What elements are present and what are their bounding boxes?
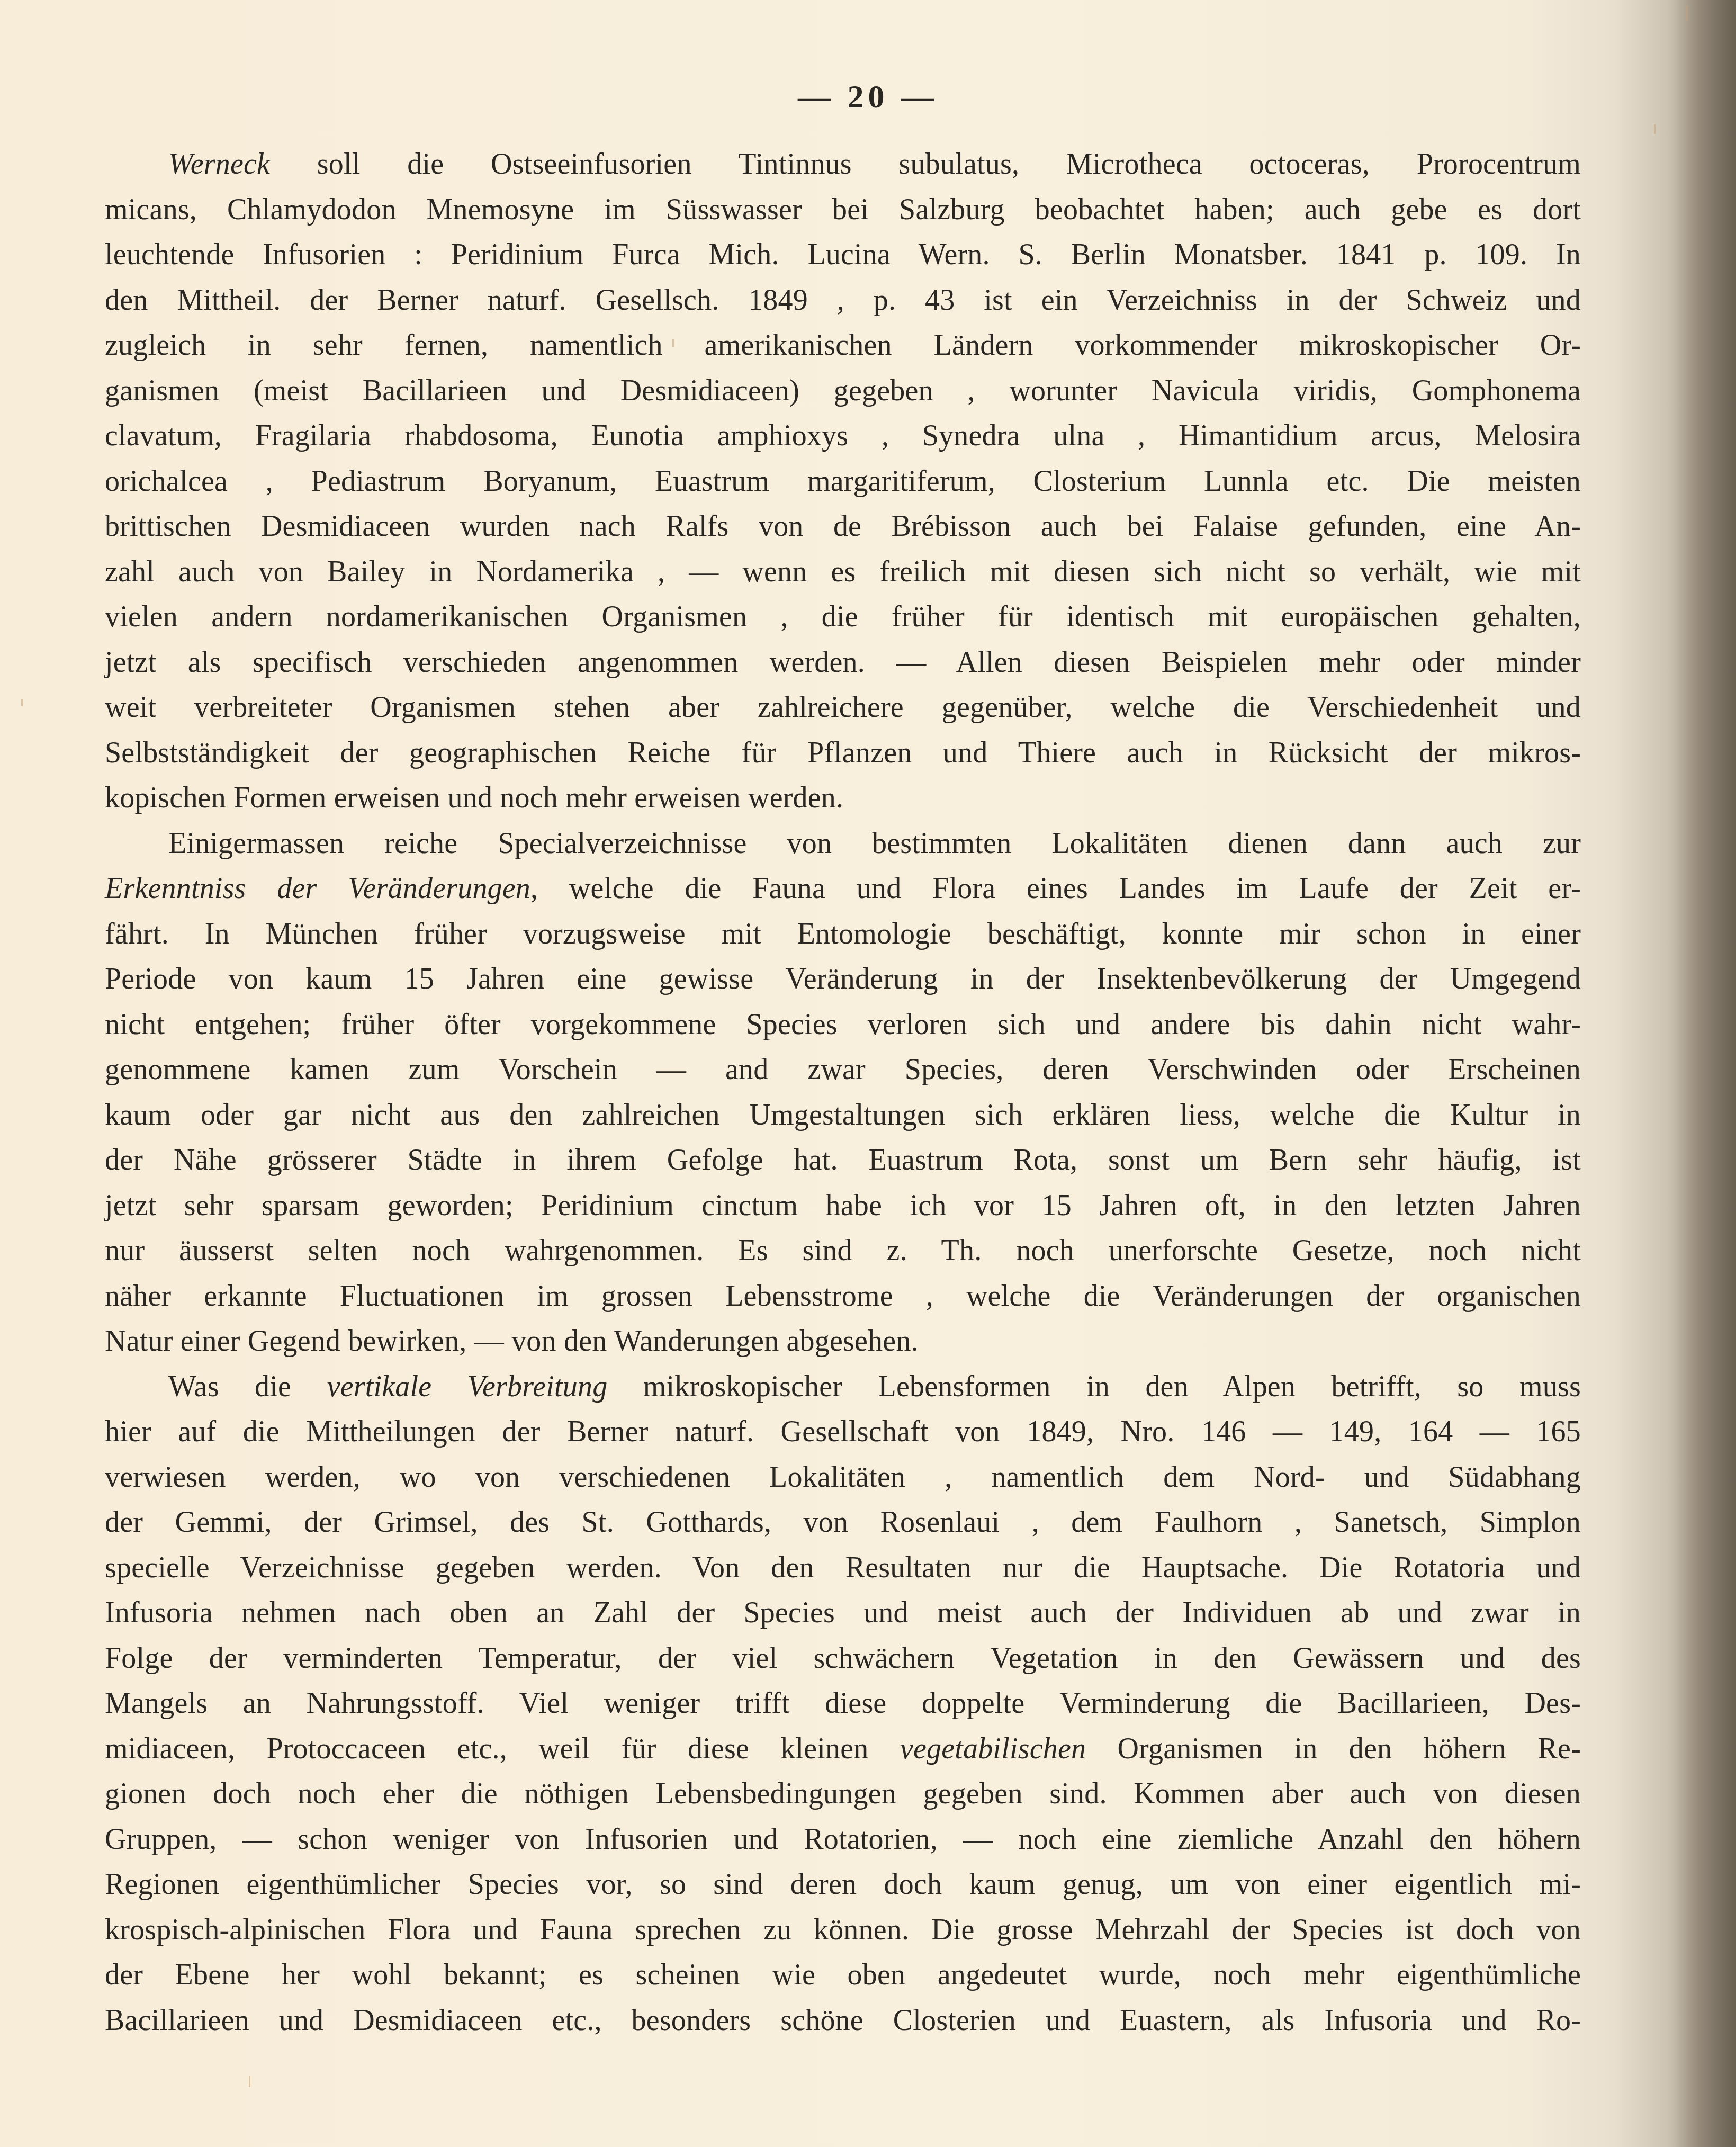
text-line: verwiesen werden, wo von verschiedenen L… [105,1455,1581,1501]
text-run: Natur einer Gegend bewirken, — von den W… [105,1325,919,1358]
italic-term: vegetabilischen [900,1732,1086,1765]
italic-term: Werneck [168,148,270,181]
book-page: — 20 — Werneck soll die Ostseeinfusorien… [0,0,1736,2147]
text-line: der Gemmi, der Grimsel, des St. Gotthard… [105,1500,1581,1546]
text-line: Regionen eigenthümlicher Species vor, so… [105,1862,1581,1908]
text-run: Organismen in den höhern Re- [1086,1732,1581,1765]
text-run: krospisch-alpinischen Flora und Fauna sp… [105,1914,1581,1946]
italic-term: Erkenntniss der Veränderungen [105,872,530,905]
text-run: leuchtende Infusorien : Peridinium Furca… [105,238,1581,271]
page-gutter-shadow [1667,0,1736,2147]
text-line: micans, Chlamydodon Mnemosyne im Süsswas… [105,187,1581,233]
text-line: krospisch-alpinischen Flora und Fauna sp… [105,1908,1581,1953]
text-line: zugleich in sehr fernen, namentlich amer… [105,323,1581,369]
text-line: genommene kamen zum Vorschein — and zwar… [105,1047,1581,1093]
text-run: jetzt sehr sparsam geworden; Peridinium … [105,1189,1581,1222]
text-run: Regionen eigenthümlicher Species vor, so… [105,1868,1581,1901]
text-line: jetzt sehr sparsam geworden; Peridinium … [105,1183,1581,1229]
text-line: der Nähe grösserer Städte in ihrem Gefol… [105,1138,1581,1183]
text-run: nur äusserst selten noch wahrgenommen. E… [105,1234,1581,1267]
text-run: Gruppen, — schon weniger von Infusorien … [105,1823,1581,1856]
body-text: Werneck soll die Ostseeinfusorien Tintin… [105,142,1581,2043]
text-run: der Ebene her wohl bekannt; es scheinen … [105,1959,1581,1991]
text-line: fährt. In München früher vorzugsweise mi… [105,912,1581,957]
text-line: näher erkannte Fluctuationen im grossen … [105,1274,1581,1319]
text-run: Selbstständigkeit der geographischen Rei… [105,736,1581,769]
text-line: midiaceen, Protoccaceen etc., weil für d… [105,1727,1581,1772]
text-run: soll die Ostseeinfusorien Tintinnus subu… [270,148,1581,181]
text-line: kopischen Formen erweisen und noch mehr … [105,776,1581,821]
text-line: zahl auch von Bailey in Nordamerika , — … [105,550,1581,595]
text-run: kaum oder gar nicht aus den zahlreichen … [105,1099,1581,1131]
text-run: nicht entgehen; früher öfter vorgekommen… [105,1008,1581,1041]
text-line: Natur einer Gegend bewirken, — von den W… [105,1319,1581,1364]
text-run: zugleich in sehr fernen, namentlich amer… [105,329,1581,362]
text-run: Infusoria nehmen nach oben an Zahl der S… [105,1596,1581,1629]
text-line: nicht entgehen; früher öfter vorgekommen… [105,1002,1581,1048]
text-line: den Mittheil. der Berner naturf. Gesells… [105,278,1581,324]
text-run: brittischen Desmidiaceen wurden nach Ral… [105,510,1581,543]
text-run: genommene kamen zum Vorschein — and zwar… [105,1053,1581,1086]
text-line: Folge der verminderten Temperatur, der v… [105,1636,1581,1682]
text-run: hier auf die Mittheilungen der Berner na… [105,1415,1581,1448]
text-line: Werneck soll die Ostseeinfusorien Tintin… [105,142,1581,187]
text-run: Einigermassen reiche Specialverzeichniss… [168,827,1581,860]
text-run: , welche die Fauna und Flora eines Lande… [530,872,1581,905]
text-line: Selbstständigkeit der geographischen Rei… [105,731,1581,776]
text-line: gionen doch noch eher die nöthigen Leben… [105,1772,1581,1817]
paper-speck [1654,124,1656,134]
text-run: der Nähe grösserer Städte in ihrem Gefol… [105,1144,1581,1176]
text-run: orichalcea , Pediastrum Boryanum, Euastr… [105,465,1581,498]
text-line: orichalcea , Pediastrum Boryanum, Euastr… [105,459,1581,505]
text-run: midiaceen, Protoccaceen etc., weil für d… [105,1732,900,1765]
text-line: vielen andern nordamerikanischen Organis… [105,595,1581,640]
text-run: specielle Verzeichnisse gegeben werden. … [105,1551,1581,1584]
text-line: Mangels an Nahrungsstoff. Viel weniger t… [105,1681,1581,1727]
text-line: weit verbreiteter Organismen stehen aber… [105,685,1581,731]
text-run: fährt. In München früher vorzugsweise mi… [105,918,1581,950]
text-line: Gruppen, — schon weniger von Infusorien … [105,1817,1581,1863]
text-line: kaum oder gar nicht aus den zahlreichen … [105,1093,1581,1138]
paper-speck [1686,5,1688,21]
text-run: ganismen (meist Bacillarieen und Desmidi… [105,374,1581,407]
text-run: kopischen Formen erweisen und noch mehr … [105,781,843,814]
paper-speck [21,699,23,706]
text-run: verwiesen werden, wo von verschiedenen L… [105,1461,1581,1494]
text-line: der Ebene her wohl bekannt; es scheinen … [105,1953,1581,1998]
text-line: ganismen (meist Bacillarieen und Desmidi… [105,369,1581,414]
text-run: gionen doch noch eher die nöthigen Leben… [105,1777,1581,1810]
text-run: näher erkannte Fluctuationen im grossen … [105,1280,1581,1313]
text-line: Einigermassen reiche Specialverzeichniss… [105,821,1581,867]
text-line: hier auf die Mittheilungen der Berner na… [105,1409,1581,1455]
text-run: Periode von kaum 15 Jahren eine gewisse … [105,963,1581,995]
text-line: Periode von kaum 15 Jahren eine gewisse … [105,957,1581,1002]
text-run: Was die [168,1370,327,1403]
text-line: clavatum, Fragilaria rhabdosoma, Eunotia… [105,414,1581,459]
text-line: Erkenntniss der Veränderungen, welche di… [105,866,1581,912]
text-run: zahl auch von Bailey in Nordamerika , — … [105,555,1581,588]
paper-speck [672,339,674,347]
text-run: Mangels an Nahrungsstoff. Viel weniger t… [105,1687,1581,1720]
text-run: den Mittheil. der Berner naturf. Gesells… [105,284,1581,317]
text-line: specielle Verzeichnisse gegeben werden. … [105,1546,1581,1591]
text-line: leuchtende Infusorien : Peridinium Furca… [105,232,1581,278]
text-line: Infusoria nehmen nach oben an Zahl der S… [105,1591,1581,1636]
text-run: Bacillarieen und Desmidiaceen etc., beso… [105,2004,1581,2037]
text-line: Bacillarieen und Desmidiaceen etc., beso… [105,1998,1581,2044]
text-run: mikroskopischer Lebensformen in den Alpe… [607,1370,1581,1403]
text-run: Folge der verminderten Temperatur, der v… [105,1642,1581,1675]
page-number: — 20 — [0,78,1736,116]
text-line: Was die vertikale Verbreitung mikroskopi… [105,1364,1581,1410]
text-run: micans, Chlamydodon Mnemosyne im Süsswas… [105,193,1581,226]
paper-speck [249,2076,250,2087]
text-line: jetzt als specifisch verschieden angenom… [105,640,1581,686]
text-run: jetzt als specifisch verschieden angenom… [105,646,1581,679]
text-run: der Gemmi, der Grimsel, des St. Gotthard… [105,1506,1581,1539]
text-run: vielen andern nordamerikanischen Organis… [105,600,1581,633]
italic-term: vertikale Verbreitung [327,1370,608,1403]
text-run: weit verbreiteter Organismen stehen aber… [105,691,1581,724]
text-line: nur äusserst selten noch wahrgenommen. E… [105,1228,1581,1274]
text-run: clavatum, Fragilaria rhabdosoma, Eunotia… [105,419,1581,452]
text-line: brittischen Desmidiaceen wurden nach Ral… [105,504,1581,550]
